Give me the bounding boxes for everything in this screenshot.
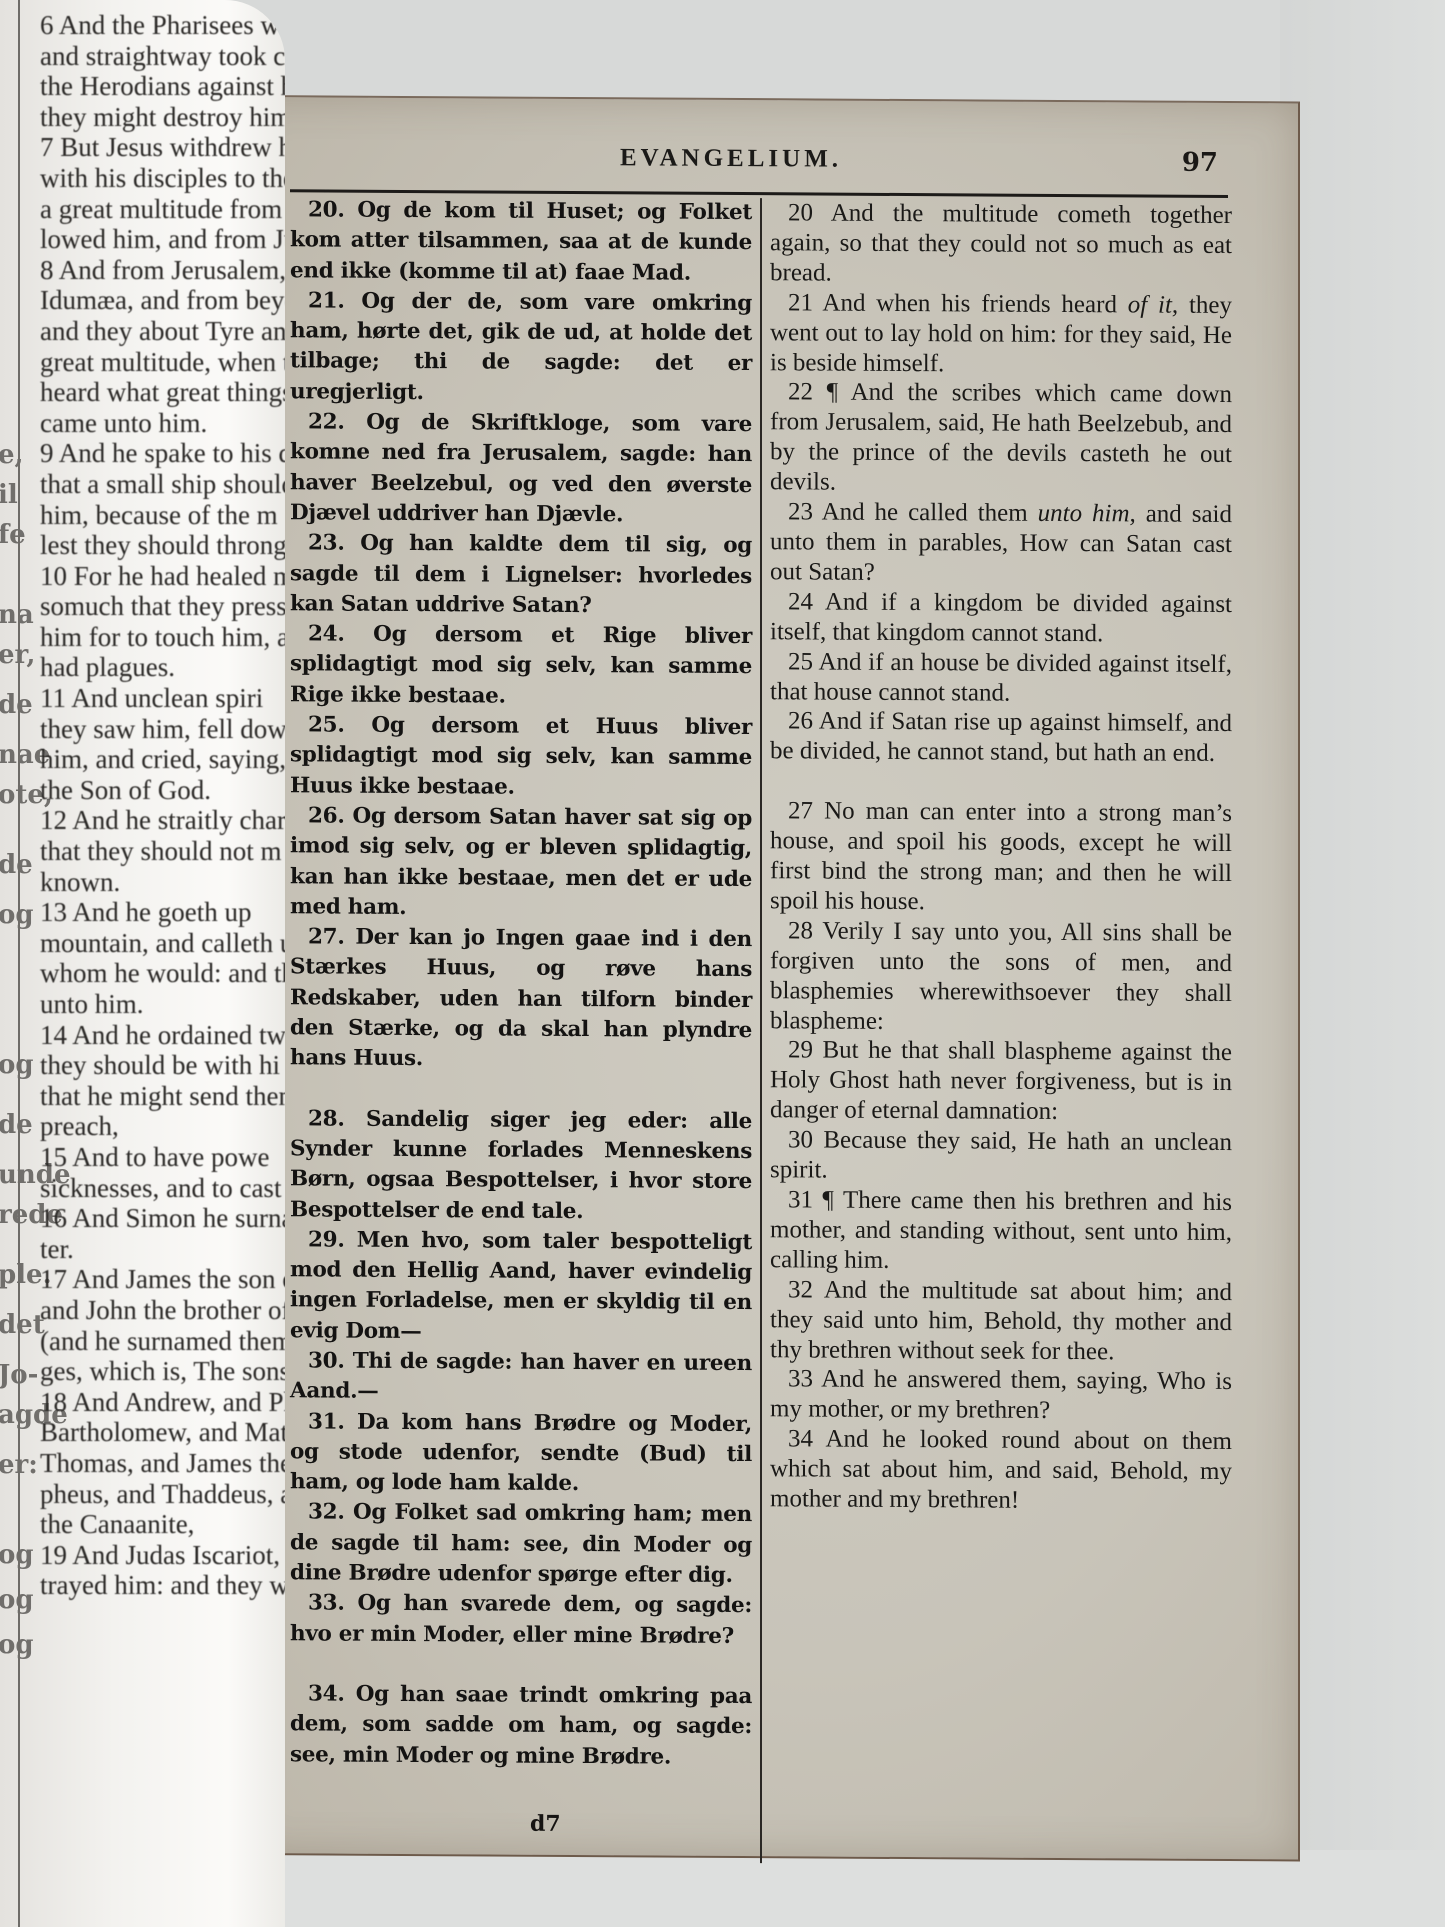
left-page-line: lowed him, and from Jud <box>40 224 285 255</box>
gutter-fragment: il <box>0 480 18 510</box>
left-page-line: 19 And Judas Iscariot, wh <box>40 1540 285 1571</box>
verse-english: 20 And the multitude cometh together aga… <box>770 198 1232 291</box>
verse-danish: 22. Og de Skriftkloge, som vare komne ne… <box>290 407 752 531</box>
verse-danish: 28. Sandelig siger jeg eder: alle Synder… <box>290 1104 752 1228</box>
verse-text: And he called them <box>822 499 1038 527</box>
verse-english: 21 And when his friends heard of it, the… <box>770 288 1232 381</box>
verse-number: 27. <box>308 925 345 950</box>
verse-number: 32 <box>788 1276 813 1303</box>
gutter-fragment: og <box>0 1540 34 1570</box>
left-page-line: the Canaanite, <box>40 1509 285 1540</box>
verse-number: 28 <box>788 917 813 944</box>
left-page-line: and John the brother of <box>40 1295 285 1326</box>
verse-english: 24 And if a kingdom be divided against i… <box>770 587 1232 650</box>
verse-number: 29. <box>308 1227 345 1252</box>
verse-number: 23 <box>788 498 813 525</box>
verse-text: There came then his brethren and his mot… <box>770 1187 1232 1274</box>
verse-danish: 27. Der kan jo Ingen gaae ind i den Stær… <box>290 922 752 1076</box>
background-surface <box>230 0 1445 100</box>
verse-danish: 34. Og han saae trindt omkring paa dem, … <box>290 1679 752 1773</box>
left-page-line: Bartholomew, and Matt <box>40 1417 285 1448</box>
verse-text: And when his friends heard <box>822 289 1127 318</box>
left-page-line: 7 But Jesus withdrew h <box>40 132 285 163</box>
verse-english: 22 ¶ And the scribes which came down fro… <box>770 378 1232 500</box>
verse-text: Og dersom et Huus bliver splidagtigt mod… <box>290 713 752 799</box>
verse-number: 34 <box>788 1426 813 1453</box>
verse-number: 20. <box>308 197 345 222</box>
left-page-line: ges, which is, The sons of <box>40 1356 285 1387</box>
left-page-line: him, and cried, saying, <box>40 744 285 775</box>
verse-text-italic: of it, <box>1128 291 1178 318</box>
left-page-line: known. <box>40 867 285 898</box>
left-page-line: 9 And he spake to his d <box>40 438 285 469</box>
verse-text-italic: unto him, <box>1038 500 1136 528</box>
left-page-line: (and he surnamed them <box>40 1326 285 1357</box>
left-page-line: 14 And he ordained twe <box>40 1020 285 1051</box>
verse-text: Verily I say unto you, All sins shall be… <box>770 917 1232 1034</box>
gutter-fragment: de <box>0 1110 33 1140</box>
gutter-fragment: det <box>0 1310 45 1340</box>
left-page-line: 17 And James the son of Z <box>40 1264 285 1295</box>
verse-danish: 21. Og der de, som vare omkring ham, hør… <box>290 286 752 410</box>
verse-text: And the scribes which came down from Jer… <box>770 379 1232 496</box>
verse-number: 31. <box>308 1409 345 1434</box>
verse-english: 23 And he called them unto him, and said… <box>770 497 1232 590</box>
left-page-line: whom he would: and the <box>40 958 285 989</box>
gutter-fragment: og <box>0 1050 34 1080</box>
verse-text: Da kom hans Brødre og Moder, og stode ud… <box>290 1409 752 1496</box>
verse-number: 21 <box>788 289 813 316</box>
verse-number: 27 <box>788 798 813 825</box>
left-page-line: the Herodians against hi <box>40 71 285 102</box>
verse-english: 31 ¶ There came then his brethren and hi… <box>770 1185 1232 1278</box>
verse-english: 33 And he answered them, saying, Who is … <box>770 1365 1232 1428</box>
gutter-fragment: og <box>0 1630 34 1660</box>
verse-text: And if a kingdom be divided against itse… <box>770 588 1232 647</box>
verse-number: 29 <box>788 1037 813 1064</box>
verse-text: Og Folket sad omkring ham; men de sagde … <box>290 1500 752 1588</box>
left-page-line: and straightway took cou <box>40 41 285 72</box>
left-page-line: that a small ship should <box>40 469 285 500</box>
verse-danish: 31. Da kom hans Brødre og Moder, og stod… <box>290 1407 752 1501</box>
left-page-line: 6 And the Pharisees we <box>40 10 285 41</box>
left-page-text: 6 And the Pharisees weand straightway to… <box>40 10 285 1601</box>
verse-english: 27 No man can enter into a strong man’s … <box>770 796 1232 918</box>
left-page-line: ter. <box>40 1234 285 1265</box>
left-page-line: 13 And he goeth up <box>40 897 285 928</box>
left-page-line: heard what great things <box>40 377 285 408</box>
left-page-line: with his disciples to the s <box>40 163 285 194</box>
left-page-line: Thomas, and James the s <box>40 1448 285 1479</box>
left-page-line: 16 And Simon he surna <box>40 1203 285 1234</box>
verse-number: 24 <box>788 588 813 615</box>
verse-text: Sandelig siger jeg eder: alle Synder kun… <box>290 1106 752 1223</box>
verse-danish: 32. Og Folket sad omkring ham; men de sa… <box>290 1498 752 1592</box>
verse-text: Der kan jo Ingen gaae ind i den Stærkes … <box>290 925 752 1072</box>
left-page-line: 12 And he straitly charg <box>40 805 285 836</box>
left-page-line: lest they should throng hi <box>40 530 285 561</box>
verse-spacer <box>290 1074 752 1107</box>
left-page-column-rule <box>18 0 20 1927</box>
verse-english: 30 Because they said, He hath an unclean… <box>770 1125 1232 1188</box>
verse-number: 21. <box>308 288 345 313</box>
verse-danish: 26. Og dersom Satan haver sat sig op imo… <box>290 801 752 925</box>
verse-spacer <box>770 766 1232 799</box>
left-page-line: came unto him. <box>40 408 285 439</box>
left-page-line: unto him. <box>40 989 285 1020</box>
background-surface-bottom <box>260 1850 1445 1927</box>
verse-number: 33. <box>308 1591 345 1616</box>
verse-text: Thi de sagde: han haver en ureen Aand.— <box>290 1349 752 1404</box>
verse-danish: 23. Og han kaldte dem til sig, og sagde … <box>290 529 752 623</box>
verse-number: 31 ¶ <box>788 1186 834 1213</box>
verse-text: Men hvo, som taler bespotteligt mod den … <box>290 1227 752 1343</box>
verse-danish: 20. Og de kom til Huset; og Folket kom a… <box>290 195 752 289</box>
verse-number: 24. <box>308 622 345 647</box>
verse-danish: 24. Og dersom et Rige bliver splidagtigt… <box>290 619 752 713</box>
verse-spacer <box>290 1649 752 1682</box>
gutter-fragment: e, <box>0 440 24 470</box>
verse-english: 32 And the multitude sat about him; and … <box>770 1275 1232 1368</box>
verse-text: Og dersom et Rige bliver splidagtigt mod… <box>290 622 752 708</box>
verse-english: 34 And he looked round about on them whi… <box>770 1424 1232 1517</box>
gutter-fragment: og <box>0 900 34 930</box>
verse-text: Og han kaldte dem til sig, og sagde til … <box>290 531 752 618</box>
left-page-line: that they should not m <box>40 836 285 867</box>
verse-text: And he looked round about on them which … <box>770 1426 1232 1514</box>
running-title: EVANGELIUM. <box>620 144 842 173</box>
left-page-line: great multitude, when t <box>40 347 285 378</box>
left-page-line: a great multitude from Ga <box>40 194 285 225</box>
right-page: EVANGELIUM. 97 20. Og de kom til Huset; … <box>245 95 1300 1861</box>
verse-text: And if Satan rise up against himself, an… <box>770 708 1232 767</box>
left-page-line: 10 For he had healed m <box>40 561 285 592</box>
verse-text: Og han saae trindt omkring paa dem, som … <box>290 1682 752 1770</box>
english-column: 20 And the multitude cometh together aga… <box>770 198 1232 1517</box>
verse-english: 29 But he that shall blaspheme against t… <box>770 1036 1232 1129</box>
background-surface-right <box>1280 0 1445 1927</box>
left-page-line: they saw him, fell dow <box>40 714 285 745</box>
verse-danish: 25. Og dersom et Huus bliver splidagtigt… <box>290 710 752 804</box>
verse-text: But he that shall blaspheme against the … <box>770 1037 1232 1125</box>
signature-mark: d7 <box>530 1811 561 1837</box>
left-page-line: the Son of God. <box>40 775 285 806</box>
left-page-gutter-fragments: e,ilfenaer,denaeote,deogogdeunderedeple.… <box>0 0 45 1927</box>
left-page-line: 8 And from Jerusalem, a <box>40 255 285 286</box>
verse-text: Og de Skriftkloge, som vare komne ned fr… <box>290 410 752 527</box>
verse-number: 25. <box>308 712 345 737</box>
verse-text: Og dersom Satan haver sat sig op imod si… <box>290 804 752 920</box>
left-page-line: Idumæa, and from beyond <box>40 285 285 316</box>
verse-text: Og han svarede dem, og sagde: hvo er min… <box>290 1591 752 1649</box>
gutter-fragment: de <box>0 690 33 720</box>
verse-text: Because they said, He hath an unclean sp… <box>770 1127 1232 1184</box>
gutter-fragment: fe <box>0 520 26 550</box>
verse-number: 20 <box>788 199 813 226</box>
left-page-curled: e,ilfenaer,denaeote,deogogdeunderedeple.… <box>0 0 285 1927</box>
verse-text: And if an house be divided against itsel… <box>770 648 1232 706</box>
verse-number: 25 <box>788 648 813 675</box>
column-divider <box>760 198 762 1863</box>
verse-text: Og de kom til Huset; og Folket kom atter… <box>290 198 752 286</box>
verse-text: And he answered them, saying, Who is my … <box>770 1366 1232 1424</box>
left-page-line: they might destroy him. <box>40 102 285 133</box>
left-page-line: 15 And to have powe <box>40 1142 285 1173</box>
left-page-line: had plagues. <box>40 652 285 683</box>
verse-number: 26. <box>308 803 345 828</box>
gutter-fragment: na <box>0 600 34 630</box>
left-page-line: somuch that they press <box>40 591 285 622</box>
verse-danish: 33. Og han svarede dem, og sagde: hvo er… <box>290 1589 752 1652</box>
left-page-line: sicknesses, and to cast ou <box>40 1173 285 1204</box>
verse-text: And the multitude sat about him; and the… <box>770 1276 1232 1365</box>
verse-number: 33 <box>788 1366 813 1393</box>
left-page-line: mountain, and calleth u <box>40 928 285 959</box>
verse-danish: 29. Men hvo, som taler bespotteligt mod … <box>290 1225 752 1349</box>
verse-english: 26 And if Satan rise up against himself,… <box>770 707 1232 770</box>
verse-number: 32. <box>308 1500 345 1525</box>
verse-text: No man can enter into a strong man’s hou… <box>770 798 1232 915</box>
left-page-line: pheus, and Thaddeus, an <box>40 1479 285 1510</box>
left-page-line: preach, <box>40 1111 285 1142</box>
gutter-fragment: og <box>0 1585 34 1615</box>
verse-english: 25 And if an house be divided against it… <box>770 647 1232 710</box>
verse-number: 26 <box>788 708 813 735</box>
verse-number: 30 <box>788 1127 813 1154</box>
page-number: 97 <box>1182 148 1218 178</box>
left-page-line: trayed him: and they w <box>40 1570 285 1601</box>
running-head: EVANGELIUM. 97 <box>245 142 1298 188</box>
verse-english: 28 Verily I say unto you, All sins shall… <box>770 916 1232 1038</box>
gutter-fragment: de <box>0 850 33 880</box>
left-page-line: and they about Tyre and <box>40 316 285 347</box>
verse-number: 34. <box>308 1681 345 1706</box>
verse-number: 30. <box>308 1348 345 1373</box>
verse-number: 22. <box>308 409 345 434</box>
left-page-line: 18 And Andrew, and Ph <box>40 1387 285 1418</box>
verse-number: 22 ¶ <box>788 379 838 406</box>
verse-text: And the multitude cometh together again,… <box>770 200 1232 287</box>
verse-danish: 30. Thi de sagde: han haver en ureen Aan… <box>290 1346 752 1409</box>
left-page-line: him for to touch him, as <box>40 622 285 653</box>
left-page-line: him, because of the m <box>40 500 285 531</box>
danish-column: 20. Og de kom til Huset; og Folket kom a… <box>290 195 752 1773</box>
verse-text: Og der de, som vare omkring ham, hørte d… <box>290 289 752 405</box>
parallel-columns: 20. Og de kom til Huset; og Folket kom a… <box>290 195 1238 1799</box>
left-page-line: 11 And unclean spiri <box>40 683 285 714</box>
verse-number: 28. <box>308 1106 345 1131</box>
left-page-line: that he might send them <box>40 1081 285 1112</box>
verse-number: 23. <box>308 531 345 556</box>
left-page-line: they should be with hi <box>40 1050 285 1081</box>
